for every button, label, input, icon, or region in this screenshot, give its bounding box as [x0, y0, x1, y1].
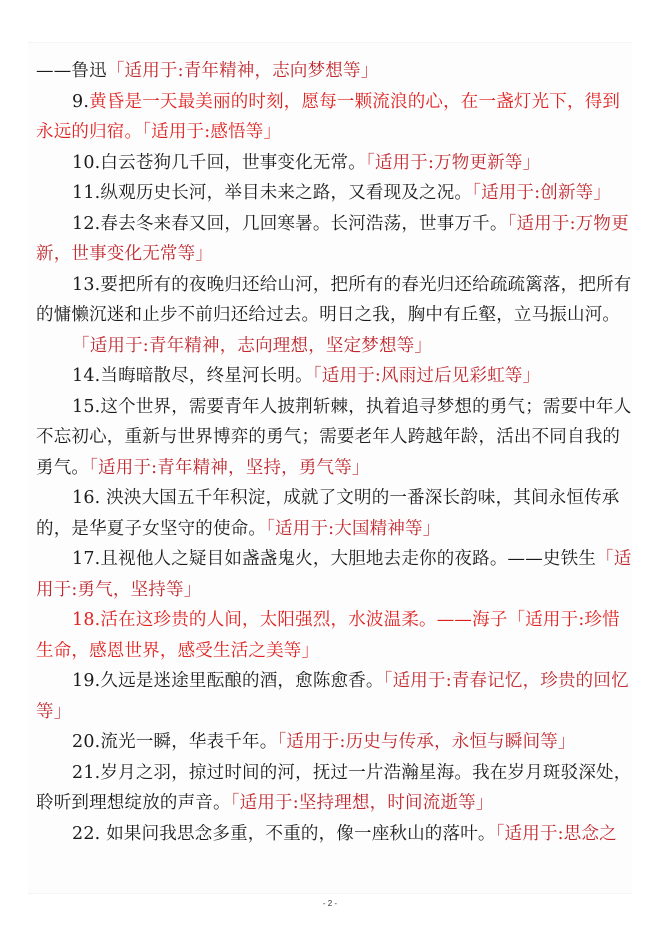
text-line: 16. 泱泱大国五千年积淀，成就了文明的一番深长韵味，其间永恒传承	[36, 483, 626, 514]
text-line: 10.白云苍狗几千回，世事变化无常。「适用于:万物更新等」	[36, 148, 626, 179]
usage-tag: 「适用于:万物更新等」	[366, 153, 540, 173]
quote-text: 9.	[72, 92, 89, 112]
text-line: 17.且视他人之疑目如盏盏鬼火，大胆地去走你的夜路。——史铁生「适	[36, 544, 626, 575]
usage-tag: 新，世事变化无常等」	[36, 244, 213, 264]
text-line: 「适用于:青年精神，志向理想，坚定梦想等」	[36, 331, 626, 362]
quote-text: 13.要把所有的夜晚归还给山河，把所有的春光归还给疏疏篱落，把所有	[72, 275, 631, 295]
text-line: 的慵懒沉迷和止步不前归还给过去。明日之我，胸中有丘壑，立马振山河。	[36, 300, 626, 331]
usage-tag: 「适用于:万物更	[508, 214, 629, 234]
text-line: 22. 如果问我思念多重，不重的，像一座秋山的落叶。「适用于:思念之	[36, 819, 626, 850]
quote-text: 12.春去冬来春又回，几回寒暑。长河浩荡，世事万千。	[72, 214, 508, 234]
quote-text: 10.白云苍狗几千回，世事变化无常。	[72, 153, 366, 173]
text-line: 20.流光一瞬，华表千年。「适用于:历史与传承，永恒与瞬间等」	[36, 727, 626, 758]
text-line: 13.要把所有的夜晚归还给山河，把所有的春光归还给疏疏篱落，把所有	[36, 270, 626, 301]
highlighted-quote: 18.活在这珍贵的人间，太阳强烈，水波温柔。——海子「适用于:珍惜	[72, 610, 620, 630]
quote-text: 20.流光一瞬，华表千年。	[72, 732, 277, 752]
usage-tag: 「适用于:坚持理想，时间流逝等」	[231, 793, 494, 813]
usage-tag: 「适用于:青年精神，志向梦想等」	[107, 61, 379, 81]
highlighted-quote: 永远的归宿。「适用于:感悟等」	[36, 122, 281, 142]
text-line: 等」	[36, 697, 626, 728]
usage-tag: 「适用于:大国精神等」	[266, 519, 440, 539]
usage-tag: 「适用于:创新等」	[472, 183, 611, 203]
text-line: ——鲁迅「适用于:青年精神，志向梦想等」	[36, 56, 626, 87]
quote-list: ——鲁迅「适用于:青年精神，志向梦想等」9.黄昏是一天最美丽的时刻，愿每一颗流浪…	[36, 56, 626, 849]
text-line: 勇气。「适用于:青年精神，坚持，勇气等」	[36, 453, 626, 484]
quote-text: 的慵懒沉迷和止步不前归还给过去。明日之我，胸中有丘壑，立马振山河。	[36, 305, 620, 325]
text-line: 18.活在这珍贵的人间，太阳强烈，水波温柔。——海子「适用于:珍惜	[36, 605, 626, 636]
text-line: 永远的归宿。「适用于:感悟等」	[36, 117, 626, 148]
text-line: 新，世事变化无常等」	[36, 239, 626, 270]
quote-text: 22. 如果问我思念多重，不重的，像一座秋山的落叶。	[72, 824, 496, 844]
usage-tag: 「适	[596, 549, 631, 569]
usage-tag: 等」	[36, 702, 71, 722]
text-line: 用于:勇气，坚持等」	[36, 575, 626, 606]
usage-tag: 「适用于:青年精神，坚持，勇气等」	[89, 458, 370, 478]
text-line: 19.久远是迷途里酝酿的酒，愈陈愈香。「适用于:青春记忆，珍贵的回忆	[36, 666, 626, 697]
usage-tag: 用于:勇气，坚持等」	[36, 580, 201, 600]
text-line: 不忘初心，重新与世界博弈的勇气；需要老年人跨越年龄，活出不同自我的	[36, 422, 626, 453]
usage-tag: 「适用于:青年精神，志向理想，坚定梦想等」	[72, 336, 432, 356]
usage-tag: 「适用于:青春记忆，珍贵的回忆	[384, 671, 629, 691]
quote-text: 16. 泱泱大国五千年积淀，成就了文明的一番深长韵味，其间永恒传承	[72, 488, 620, 508]
quote-text: 17.且视他人之疑目如盏盏鬼火，大胆地去走你的夜路。——史铁生	[72, 549, 596, 569]
text-line: 14.当晦暗散尽，终星河长明。「适用于:风雨过后见彩虹等」	[36, 361, 626, 392]
quote-text: 15.这个世界，需要青年人披荆斩棘，执着追寻梦想的勇气；需要中年人	[72, 397, 631, 417]
text-line: 12.春去冬来春又回，几回寒暑。长河浩荡，世事万千。「适用于:万物更	[36, 209, 626, 240]
text-line: 9.黄昏是一天最美丽的时刻，愿每一颗流浪的心，在一盏灯光下，得到	[36, 87, 626, 118]
usage-tag: 「适用于:思念之	[496, 824, 617, 844]
quote-text: ——鲁迅	[36, 61, 107, 81]
quote-text: 不忘初心，重新与世界博弈的勇气；需要老年人跨越年龄，活出不同自我的	[36, 427, 620, 447]
text-line: 11.纵观历史长河，举目未来之路，又看现及之况。「适用于:创新等」	[36, 178, 626, 209]
text-line: 生命，感恩世界，感受生活之美等」	[36, 636, 626, 667]
quote-text: 14.当晦暗散尽，终星河长明。	[72, 366, 313, 386]
quote-text: 19.久远是迷途里酝酿的酒，愈陈愈香。	[72, 671, 384, 691]
quote-text: 的，是华夏子女坚守的使命。	[36, 519, 266, 539]
highlighted-quote: 黄昏是一天最美丽的时刻，愿每一颗流浪的心，在一盏灯光下，得到	[89, 92, 620, 112]
quote-text: 11.纵观历史长河，举目未来之路，又看现及之况。	[72, 183, 472, 203]
quote-text: 聆听到理想绽放的声音。	[36, 793, 231, 813]
text-line: 的，是华夏子女坚守的使命。「适用于:大国精神等」	[36, 514, 626, 545]
text-line: 21.岁月之羽，掠过时间的河，抚过一片浩瀚星海。我在岁月斑驳深处，	[36, 758, 626, 789]
text-line: 聆听到理想绽放的声音。「适用于:坚持理想，时间流逝等」	[36, 788, 626, 819]
highlighted-quote: 生命，感恩世界，感受生活之美等」	[36, 641, 319, 661]
usage-tag: 「适用于:风雨过后见彩虹等」	[313, 366, 540, 386]
quote-text: 勇气。	[36, 458, 89, 478]
page-number: - 2 -	[0, 899, 660, 908]
usage-tag: 「适用于:历史与传承，永恒与瞬间等」	[277, 732, 575, 752]
quote-text: 21.岁月之羽，掠过时间的河，抚过一片浩瀚星海。我在岁月斑驳深处，	[72, 763, 631, 783]
text-line: 15.这个世界，需要青年人披荆斩棘，执着追寻梦想的勇气；需要中年人	[36, 392, 626, 423]
